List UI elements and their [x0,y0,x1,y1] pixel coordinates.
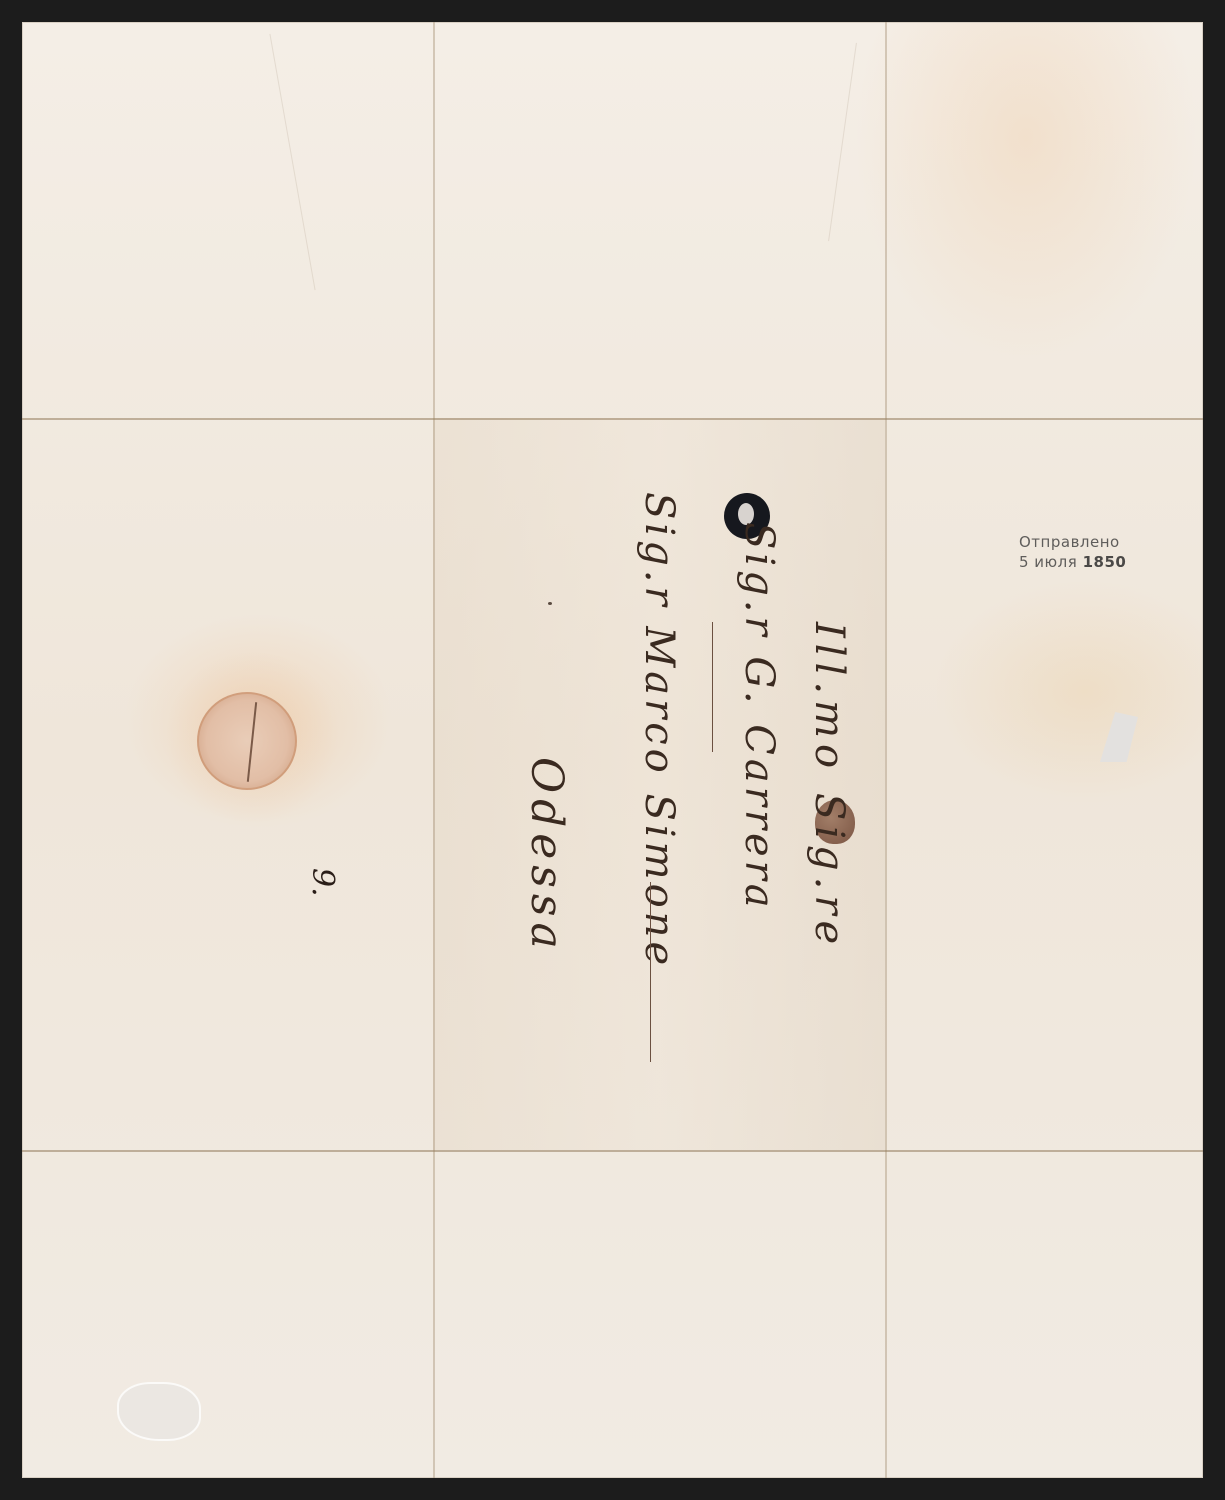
fold-line-vertical-right [885,22,887,1478]
postmark-date: 5 июля [1019,553,1077,571]
paper-crease [269,34,315,290]
fold-line-horizontal-bottom [22,1150,1203,1152]
postmark-year: 1850 [1083,553,1127,571]
fold-line-vertical-left [433,22,435,1478]
embossed-mark [117,1382,201,1441]
postmark-line-2: 5 июля 1850 [1019,552,1126,572]
address-line-2: Sig.r G. Carrera [736,522,782,912]
underline-flourish [712,622,713,752]
postmark-line-1: Отправлено [1019,532,1126,552]
ink-dot [548,602,552,605]
address-line-3: Sig.r Marco Simone [636,492,682,969]
address-city: Odessa [521,757,572,955]
paper-crease [828,43,857,241]
wax-stain [197,692,297,790]
underline-flourish [650,882,651,1062]
address-line-1: Ill.mo Sig.re [806,622,852,950]
rate-marking: 9. [305,868,340,897]
stain-crack [247,702,257,782]
fold-line-horizontal-top [22,418,1203,420]
paper-tear [1100,712,1138,762]
letter-sheet: Ill.mo Sig.re Sig.r G. Carrera Sig.r Mar… [22,22,1203,1478]
postmark-stamp: Отправлено 5 июля 1850 [1019,532,1126,572]
